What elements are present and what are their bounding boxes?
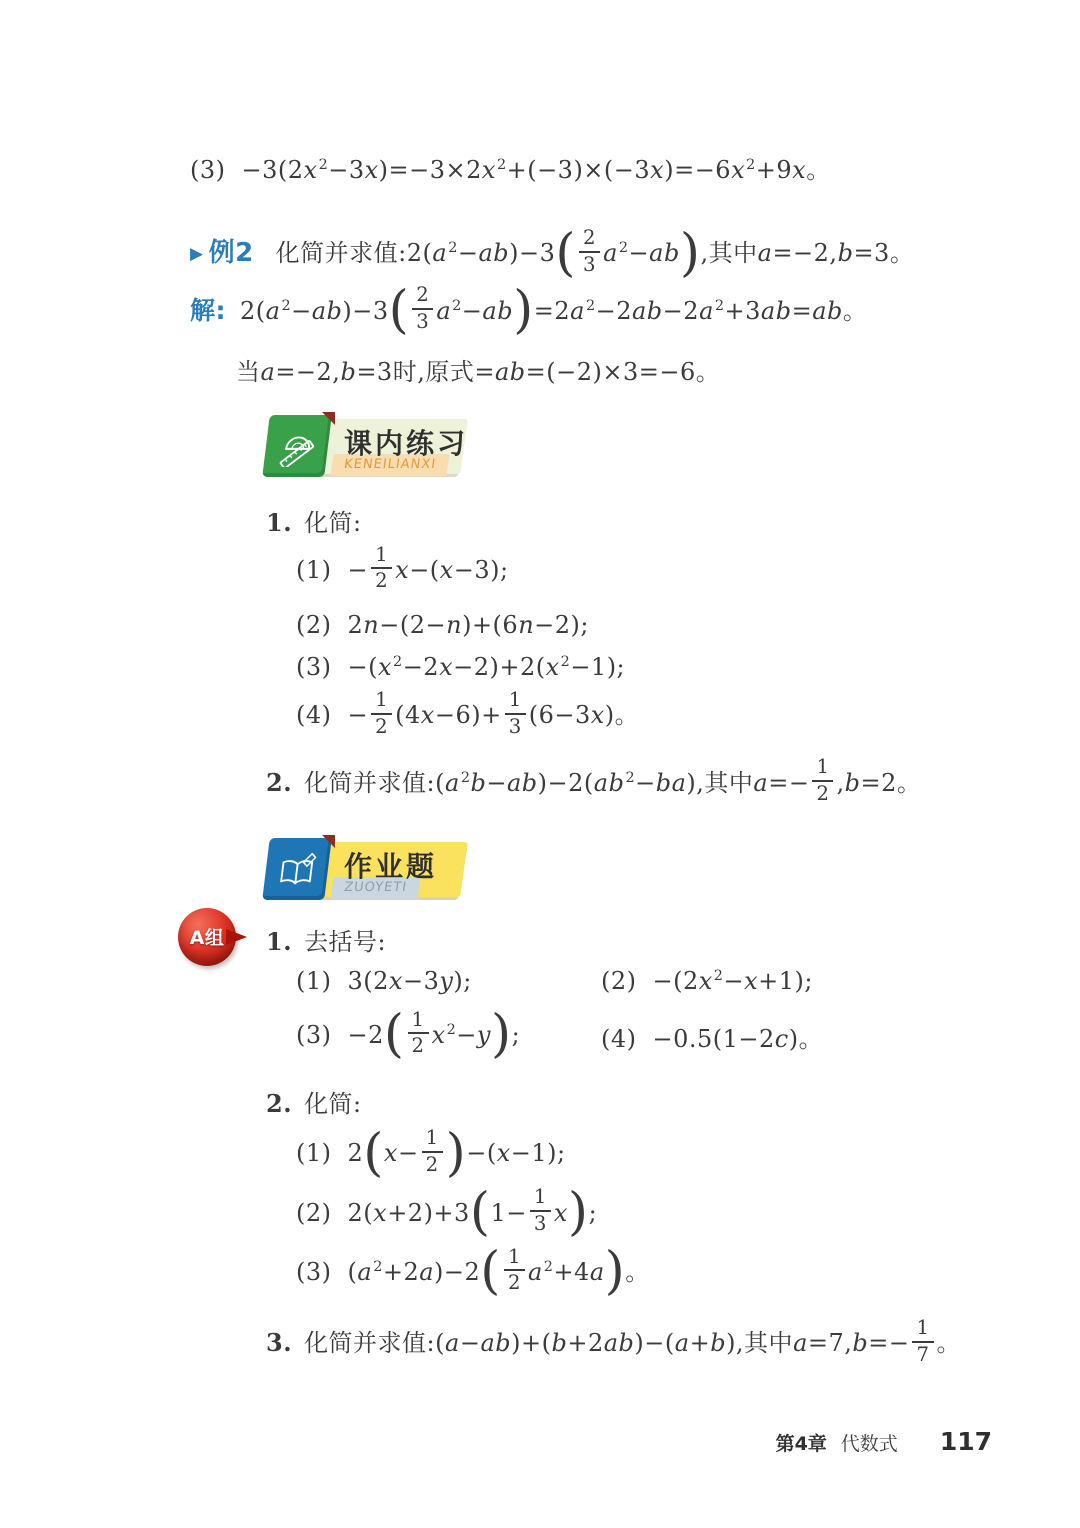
formula: −2(12x2−y);: [348, 1021, 521, 1049]
footer-chapter: 第4章: [776, 1429, 827, 1456]
formula: 化简并求值:2(a2−ab)−3(23a2−ab),其中a=−2,b=3。: [276, 239, 915, 267]
item-marker: (3): [296, 1021, 332, 1049]
problem-label: 化简:: [304, 1090, 362, 1118]
problem-number: 1.: [266, 927, 292, 956]
practice-problem1-heading: 1.化简:: [266, 503, 930, 538]
example2-solution: 解:2(a2−ab)−3(23a2−ab)=2a2−2ab−2a2+3ab=ab…: [190, 288, 930, 335]
problem-number: 3.: [266, 1328, 292, 1357]
formula: (a2+2a)−2(12a2+4a)。: [348, 1258, 650, 1286]
list-item: (2)−(2x2−x+1);: [601, 967, 930, 995]
problem-number: 2.: [266, 1089, 292, 1118]
arrow-icon: ▶: [190, 244, 204, 264]
formula: 2(x+2)+3(1−13x);: [348, 1199, 598, 1227]
formula: 2(x−12)−(x−1);: [348, 1139, 566, 1167]
formula: −12x−(x−3);: [348, 556, 509, 584]
item-marker: (2): [296, 611, 332, 639]
solution-label: 解:: [190, 296, 226, 325]
page-number: 117: [940, 1427, 992, 1456]
formula-line-item3: (3)−3(2x2−3x)=−3×2x2+(−3)×(−3x)=−6x2+9x。: [190, 150, 930, 185]
homework-problem1-items: (1)3(2x−3y); (2)−(2x2−x+1); (3)−2(12x2−y…: [296, 967, 930, 1060]
item-marker: (1): [296, 1139, 332, 1167]
problem-label: 化简:: [304, 509, 362, 537]
formula: 2(a2−ab)−3(23a2−ab)=2a2−2ab−2a2+3ab=ab。: [240, 297, 867, 325]
item-marker: (3): [190, 156, 226, 184]
problem-number: 1.: [266, 508, 292, 537]
formula: 化简并求值:(a−ab)+(b+2ab)−(a+b),其中a=7,b=−17。: [304, 1329, 961, 1357]
list-item: (3)−(x2−2x−2)+2(x2−1);: [296, 653, 930, 681]
problem-number: 2.: [266, 768, 292, 797]
badge-title: 作业题: [344, 845, 437, 885]
item-marker: (3): [296, 653, 332, 681]
formula: −0.5(1−2c)。: [653, 1025, 824, 1053]
item-marker: (4): [296, 701, 332, 729]
problem-label: 去括号:: [304, 928, 386, 956]
list-item: (4)−12(4x−6)+13(6−3x)。: [296, 693, 930, 740]
practice-problem1-items: (1)−12x−(x−3); (2)2n−(2−n)+(6n−2); (3)−(…: [296, 548, 930, 741]
homework-problem2-items: (1)2(x−12)−(x−1); (2)2(x+2)+3(1−13x); (3…: [296, 1131, 930, 1297]
item-marker: (1): [296, 967, 332, 995]
homework-problem3: 3.化简并求值:(a−ab)+(b+2ab)−(a+b),其中a=7,b=−17…: [266, 1321, 930, 1368]
badge-title: 课内练习: [344, 422, 468, 462]
homework-problem2-heading: 2.化简:: [266, 1084, 930, 1119]
page-footer: 第4章 代数式 117: [776, 1427, 992, 1456]
practice-section-badge: KENEILIANXI 课内练习: [266, 415, 478, 479]
badge-corner-accent: [322, 835, 335, 848]
formula: 2n−(2−n)+(6n−2);: [348, 611, 589, 639]
list-item: (1)3(2x−3y);: [296, 967, 601, 995]
item-marker: (2): [601, 967, 637, 995]
example2-evaluation: 当a=−2,b=3时,原式=ab=(−2)×3=−6。: [236, 352, 930, 387]
list-item: (1)−12x−(x−3);: [296, 548, 930, 595]
formula: −(2x2−x+1);: [653, 967, 813, 995]
list-item: (2)2(x+2)+3(1−13x);: [296, 1190, 930, 1237]
list-item: (3)−2(12x2−y);: [296, 1013, 601, 1060]
textbook-page-content: (3)−3(2x2−3x)=−3×2x2+(−3)×(−3x)=−6x2+9x。…: [190, 150, 930, 1368]
practice-problem2: 2.化简并求值:(a2b−ab)−2(ab2−ba),其中a=−12,b=2。: [266, 760, 930, 807]
formula: 化简并求值:(a2b−ab)−2(ab2−ba),其中a=−12,b=2。: [304, 769, 921, 797]
formula: 3(2x−3y);: [348, 967, 472, 995]
item-marker: (4): [601, 1025, 637, 1053]
formula: −12(4x−6)+13(6−3x)。: [348, 701, 640, 729]
item-marker: (1): [296, 556, 332, 584]
badge-corner-accent: [322, 412, 335, 425]
list-item: (4)−0.5(1−2c)。: [601, 1019, 930, 1054]
example2-label: ▶例2: [190, 238, 254, 268]
homework-problem1-heading: A组 1.去括号:: [266, 922, 930, 957]
footer-section-title: 代数式: [841, 1429, 898, 1456]
formula: −(x2−2x−2)+2(x2−1);: [348, 653, 626, 681]
group-a-badge: A组: [178, 908, 236, 966]
example2-label-text: 例2: [209, 238, 254, 268]
list-item: (2)2n−(2−n)+(6n−2);: [296, 611, 930, 639]
formula: −3(2x2−3x)=−3×2x2+(−3)×(−3x)=−6x2+9x。: [242, 156, 831, 184]
example2-statement: ▶例2化简并求值:2(a2−ab)−3(23a2−ab),其中a=−2,b=3。: [190, 231, 930, 278]
homework-section-badge: ZUOYETI 作业题: [266, 838, 478, 902]
formula: 当a=−2,b=3时,原式=ab=(−2)×3=−6。: [236, 358, 720, 386]
list-item: (1)2(x−12)−(x−1);: [296, 1131, 930, 1178]
item-marker: (3): [296, 1258, 332, 1286]
list-item: (3)(a2+2a)−2(12a2+4a)。: [296, 1250, 930, 1297]
item-marker: (2): [296, 1199, 332, 1227]
